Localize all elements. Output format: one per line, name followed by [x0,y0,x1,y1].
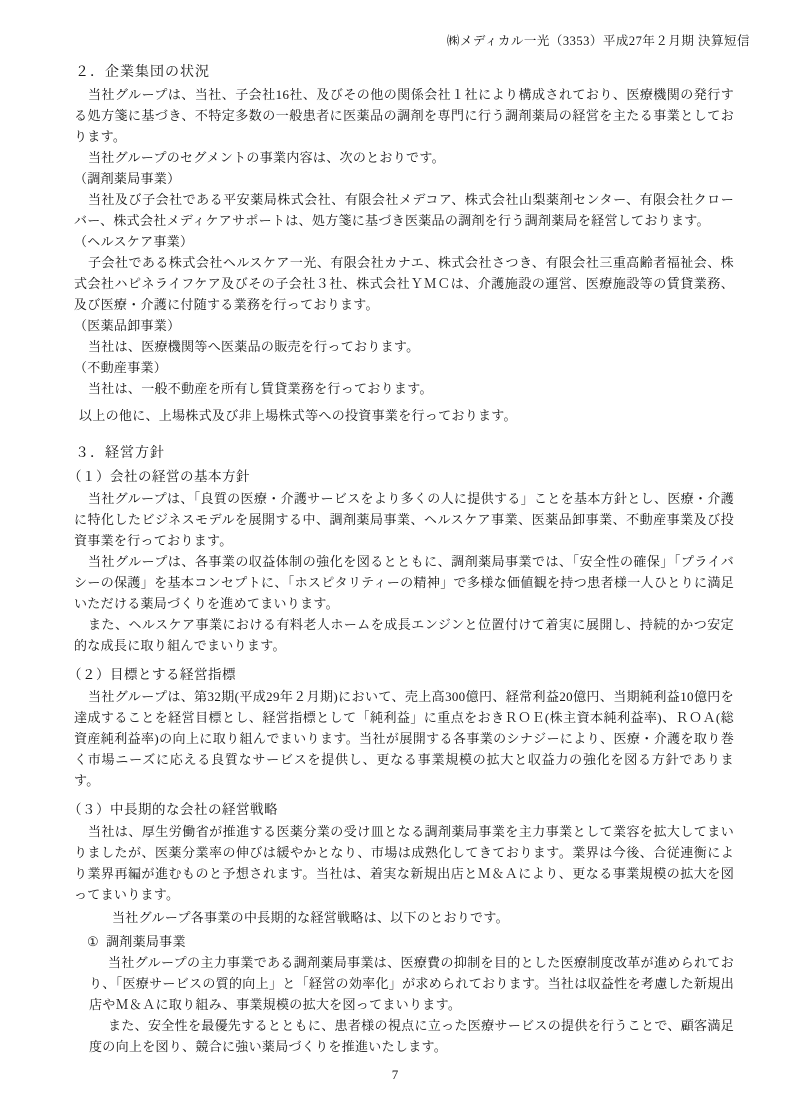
section-2-intro-paragraph: 当社グループは、当社、子会社16社、及びその他の関係会社１社により構成されており… [74,84,734,147]
subsection-3-strategy-note: 当社グループ各事業の中長期的な経営戦略は、以下のとおりです。 [112,907,734,928]
subsection-2-title: （２）目標とする経営指標 [68,664,734,686]
section-2-closing-paragraph: 以上の他に、上場株式及び非上場株式等への投資事業を行っております。 [79,405,734,426]
strategy-item-1-paragraph-2: また、安全性を最優先するとともに、患者様の視点に立った医療サービスの提供を行うこ… [89,1015,734,1057]
strategy-item-1-paragraph-1: 当社グループの主力事業である調剤薬局事業は、医療費の抑制を目的とした医療制度改革… [89,952,734,1015]
segment-realestate-body: 当社は、一般不動産を所有し賃貸業務を行っております。 [74,378,734,399]
strategy-item-1-title: 調剤薬局事業 [106,934,186,949]
document-header: ㈱メディカル一光（3353）平成27年２月期 決算短信 [447,31,750,49]
section-3-heading: ３．経営方針 [75,443,734,465]
section-2-heading: ２．企業集団の状況 [75,62,734,84]
segment-pharmacy-label: （調剤薬局事業） [74,168,734,189]
subsection-3-title: （３）中長期的な会社の経営戦略 [68,799,734,821]
subsection-1-paragraph-3: また、ヘルスケア事業における有料老人ホームを成長エンジンと位置付けて着実に展開し… [74,614,734,656]
segment-healthcare-label: （ヘルスケア事業） [74,231,734,252]
page-number: 7 [0,1067,790,1083]
segment-wholesale-body: 当社は、医療機関等へ医薬品の販売を行っております。 [74,336,734,357]
strategy-item-1-heading: ①調剤薬局事業 [87,931,734,952]
strategy-item-1-number: ① [87,934,99,949]
subsection-2-paragraph-1: 当社グループは、第32期(平成29年２月期)において、売上高300億円、経常利益… [74,686,734,791]
subsection-1-paragraph-2: 当社グループは、各事業の収益体制の強化を図るとともに、調剤薬局事業では、「安全性… [74,551,734,614]
segment-healthcare-body: 子会社である株式会社ヘルスケア一光、有限会社カナエ、株式会社さつき、有限会社三重… [74,252,734,315]
subsection-1-paragraph-1: 当社グループは、「良質の医療・介護サービスをより多くの人に提供する」ことを基本方… [74,488,734,551]
subsection-3-paragraph-1: 当社は、厚生労働省が推進する医薬分業の受け皿となる調剤薬局事業を主力事業として業… [74,821,734,905]
segment-wholesale-label: （医薬品卸事業） [74,315,734,336]
segment-pharmacy-body: 当社及び子会社である平安薬局株式会社、有限会社メデコア、株式会社山梨薬剤センター… [74,189,734,231]
segment-realestate-label: （不動産事業） [74,357,734,378]
section-2-segment-note: 当社グループのセグメントの事業内容は、次のとおりです。 [74,147,734,168]
subsection-1-title: （１）会社の経営の基本方針 [68,466,734,488]
document-page: ㈱メディカル一光（3353）平成27年２月期 決算短信 ２．企業集団の状況 当社… [0,0,790,1118]
document-content: ２．企業集団の状況 当社グループは、当社、子会社16社、及びその他の関係会社１社… [66,62,734,1057]
